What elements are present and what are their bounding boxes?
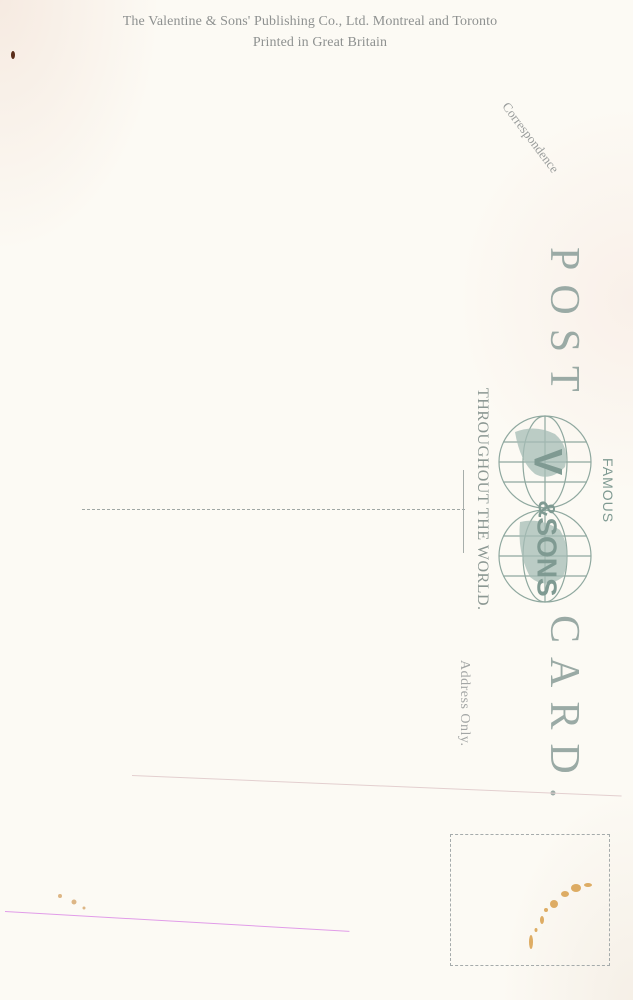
- famous-label: FAMOUS: [600, 458, 616, 523]
- post-word: POST: [540, 247, 588, 406]
- stain-mark: [510, 875, 600, 965]
- message-divider-horizontal: [82, 509, 465, 510]
- logo-sons: SONS: [532, 517, 563, 596]
- address-only-label: Address Only.: [456, 660, 472, 746]
- logo-ampersand: &: [533, 500, 560, 517]
- stain-dots: [55, 890, 95, 910]
- publisher-line: The Valentine & Sons' Publishing Co., Lt…: [30, 14, 590, 30]
- logo-v: V: [525, 449, 569, 476]
- correspondence-label: Correspondence: [499, 99, 563, 176]
- ink-speck: [8, 48, 18, 62]
- address-line: [5, 911, 349, 932]
- postcard-back: The Valentine & Sons' Publishing Co., Lt…: [0, 0, 633, 1000]
- message-divider-vertical: [463, 470, 464, 553]
- printed-in-line: Printed in Great Britain: [20, 35, 620, 51]
- globe-logo-icon: V & SONS: [495, 412, 595, 606]
- throughout-the-world-tagline: THROUGHOUT THE WORLD.: [473, 388, 491, 611]
- card-word: CARD.: [540, 615, 588, 812]
